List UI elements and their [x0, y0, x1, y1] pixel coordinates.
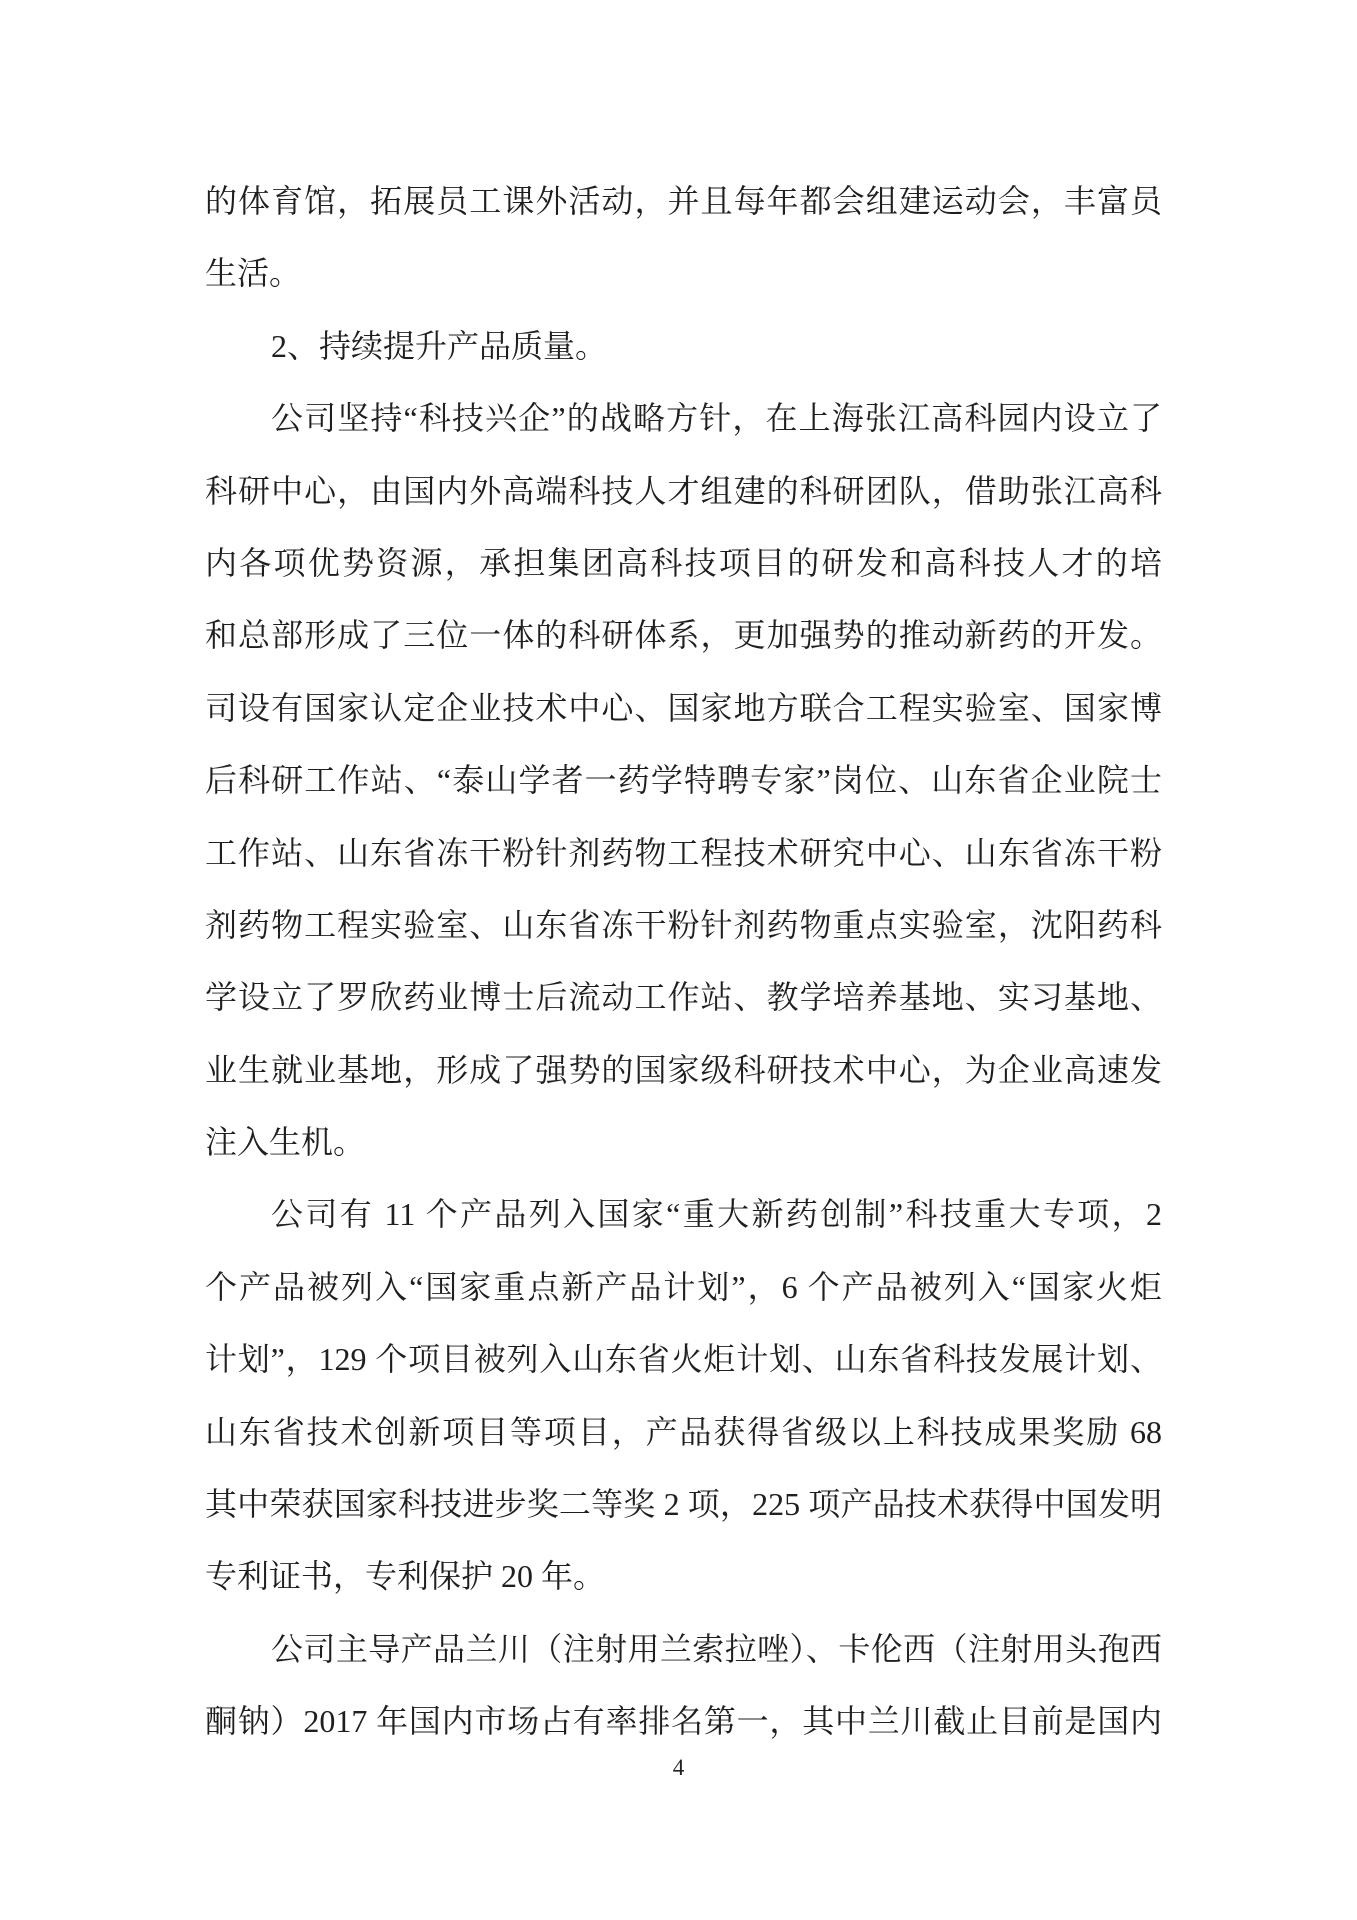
- text-line: 公司主导产品兰川（注射用兰索拉唑）、卡伦西（注射用头孢西: [205, 1613, 1162, 1685]
- text-line: 学设立了罗欣药业博士后流动工作站、教学培养基地、实习基地、毕: [205, 961, 1162, 1033]
- text-line: 专利证书，专利保护 20 年。: [205, 1540, 1162, 1612]
- text-line: 和总部形成了三位一体的科研体系，更加强势的推动新药的开发。公: [205, 599, 1162, 671]
- text-line: 业生就业基地，形成了强势的国家级科研技术中心，为企业高速发展: [205, 1034, 1162, 1106]
- text-line: 山东省技术创新项目等项目，产品获得省级以上科技成果奖励 68 项，: [205, 1396, 1162, 1468]
- section-heading: 2、持续提升产品质量。: [205, 310, 1162, 382]
- text-line: 生活。: [205, 237, 1162, 309]
- document-page: 的体育馆，拓展员工课外活动，并且每年都会组建运动会，丰富员工 生活。 2、持续提…: [0, 0, 1357, 1920]
- text-line: 内各项优势资源，承担集团高科技项目的研发和高科技人才的培养，: [205, 527, 1162, 599]
- text-line: 科研中心，由国内外高端科技人才组建的科研团队，借助张江高科园: [205, 455, 1162, 527]
- text-line: 计划”，129 个项目被列入山东省火炬计划、山东省科技发展计划、: [205, 1323, 1162, 1395]
- text-line: 后科研工作站、“泰山学者一药学特聘专家”岗位、山东省企业院士: [205, 744, 1162, 816]
- page-number: 4: [0, 1746, 1357, 1790]
- text-line: 个产品被列入“国家重点新产品计划”，6 个产品被列入“国家火炬: [205, 1251, 1162, 1323]
- text-line: 注入生机。: [205, 1106, 1162, 1178]
- text-line: 公司坚持“科技兴企”的战略方针，在上海张江高科园内设立了: [205, 382, 1162, 454]
- text-line: 工作站、山东省冻干粉针剂药物工程技术研究中心、山东省冻干粉针: [205, 817, 1162, 889]
- text-line: 司设有国家认定企业技术中心、国家地方联合工程实验室、国家博士: [205, 672, 1162, 744]
- text-line: 的体育馆，拓展员工课外活动，并且每年都会组建运动会，丰富员工: [205, 165, 1162, 237]
- text-line: 公司有 11 个产品列入国家“重大新药创制”科技重大专项，2: [205, 1178, 1162, 1250]
- document-body: 的体育馆，拓展员工课外活动，并且每年都会组建运动会，丰富员工 生活。 2、持续提…: [205, 165, 1162, 1758]
- text-line: 剂药物工程实验室、山东省冻干粉针剂药物重点实验室，沈阳药科大: [205, 889, 1162, 961]
- text-line: 其中荣获国家科技进步奖二等奖 2 项，225 项产品技术获得中国发明: [205, 1468, 1162, 1540]
